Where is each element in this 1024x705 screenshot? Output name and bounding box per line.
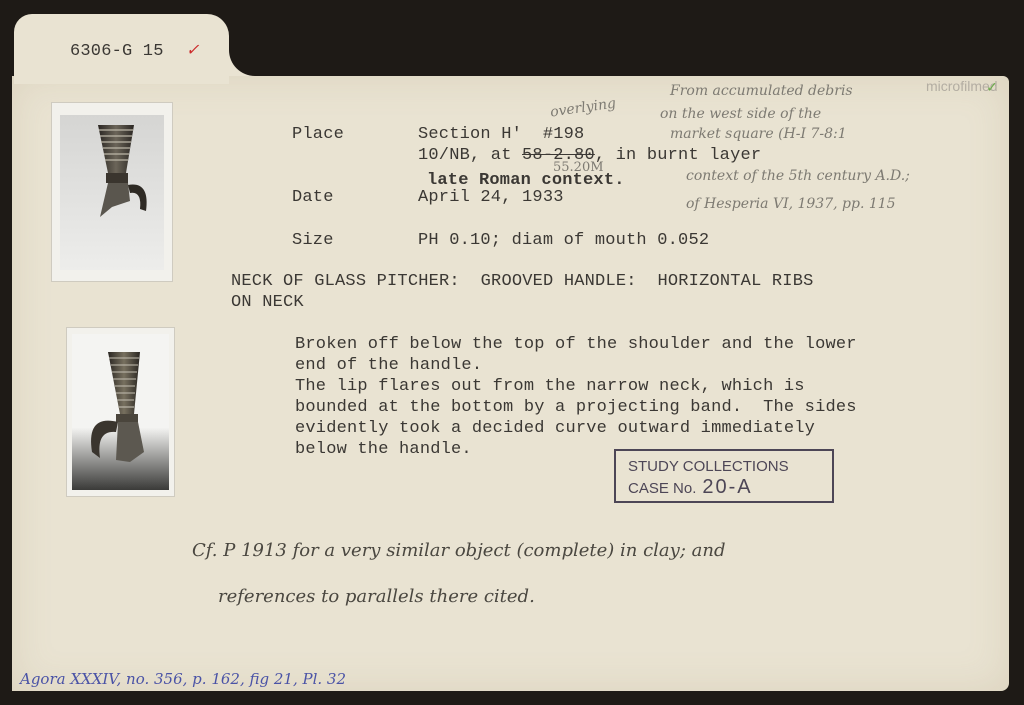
place-label: Place <box>292 125 344 144</box>
object-photo-1 <box>51 102 173 282</box>
annotation-line-2: on the west side of the <box>660 106 821 122</box>
date-value: April 24, 1933 <box>418 188 564 207</box>
description-line: bounded at the bottom by a projecting ba… <box>295 398 857 417</box>
place-line-1: Section H' #198 <box>418 125 584 144</box>
catalog-number: 6306-G 15 <box>70 42 164 61</box>
size-value: PH 0.10; diam of mouth 0.052 <box>418 231 709 250</box>
annotation-line-5: of Hesperia VI, 1937, pp. 115 <box>686 196 896 212</box>
object-photo-2 <box>66 327 175 497</box>
description-line: end of the handle. <box>295 356 482 375</box>
green-check-icon: ✓ <box>987 77 997 97</box>
red-check-icon: ✓ <box>186 40 199 60</box>
annotation-line-4: context of the 5th century A.D.; <box>686 168 910 184</box>
place-line-2-prefix: 10/NB, at <box>418 146 522 165</box>
annotation-line-1: From accumulated debris <box>670 83 853 99</box>
cross-reference-line-2: references to parallels there cited. <box>218 586 535 607</box>
description-line: below the handle. <box>295 440 472 459</box>
size-label: Size <box>292 231 334 250</box>
description-line: The lip flares out from the narrow neck,… <box>295 377 805 396</box>
stamp-case-label: CASE No. <box>628 480 696 497</box>
stamp-line-1: STUDY COLLECTIONS <box>628 457 832 477</box>
study-collections-stamp: STUDY COLLECTIONS CASE No.20-A <box>614 449 834 503</box>
place-line-2-suffix: , in burnt layer <box>595 146 761 165</box>
description-line: Broken off below the top of the shoulder… <box>295 335 857 354</box>
object-title-line-2: ON NECK <box>231 293 304 312</box>
stamp-case-number: 20-A <box>702 476 752 498</box>
stamp-line-2: CASE No.20-A <box>628 477 832 499</box>
glass-pitcher-image-1 <box>60 115 164 270</box>
description-line: evidently took a decided curve outward i… <box>295 419 815 438</box>
publication-reference: Agora XXXIV, no. 356, p. 162, fig 21, Pl… <box>20 670 346 688</box>
card-tab-curve <box>229 50 259 76</box>
annotation-line-3: market square (H-I 7-8:1 <box>670 126 847 142</box>
date-label: Date <box>292 188 334 207</box>
glass-pitcher-image-2 <box>72 334 169 490</box>
cross-reference-line-1: Cf. P 1913 for a very similar object (co… <box>192 540 725 561</box>
object-title-line-1: NECK OF GLASS PITCHER: GROOVED HANDLE: H… <box>231 272 814 291</box>
